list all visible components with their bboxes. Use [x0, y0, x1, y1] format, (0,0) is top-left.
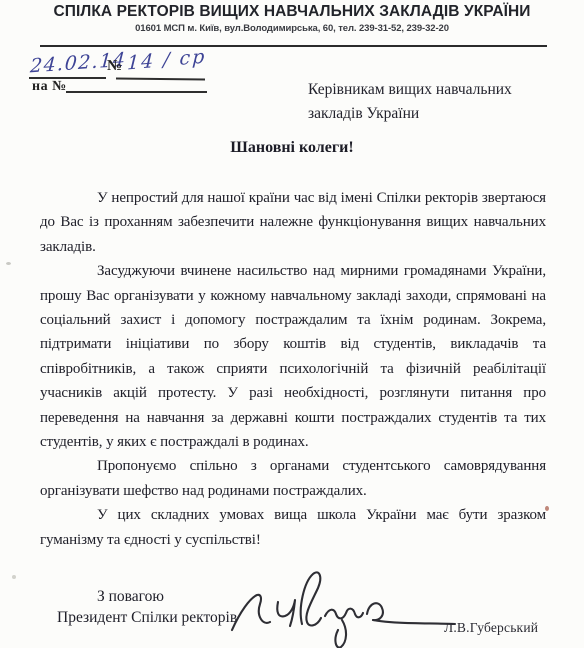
signer-name: Л.В.Губерський [444, 620, 538, 636]
recipient-line2: закладів України [308, 102, 548, 126]
recipient-line1: Керівникам вищих навчальних [308, 78, 548, 102]
recipient-block: Керівникам вищих навчальних закладів Укр… [308, 78, 548, 126]
letter-body: У непростий для нашої країни час від іме… [40, 186, 546, 552]
handwritten-signature [230, 568, 465, 648]
body-paragraph-1: У непростий для нашої країни час від іме… [40, 186, 546, 259]
closing-phrase: З повагою [97, 588, 164, 606]
body-paragraph-4: У цих складних умовах вища школа України… [40, 503, 546, 552]
salutation: Шановні колеги! [0, 139, 584, 157]
body-paragraph-2: Засуджуючи вчинене насильство над мирним… [40, 259, 546, 454]
org-address: 01601 МСП м. Київ, вул.Володимирська, 60… [0, 23, 584, 34]
incoming-ref-label: на № [32, 79, 67, 95]
org-name: СПІЛКА РЕКТОРІВ ВИЩИХ НАВЧАЛЬНИХ ЗАКЛАДІ… [0, 3, 584, 21]
scan-speck [12, 575, 16, 579]
letterhead-divider [40, 45, 547, 47]
ref-number-underline [116, 78, 205, 80]
scanned-letter-page: СПІЛКА РЕКТОРІВ ВИЩИХ НАВЧАЛЬНИХ ЗАКЛАДІ… [0, 0, 584, 648]
signer-title: Президент Спілки ректорів [57, 609, 237, 627]
handwritten-ref-number: 14 / ср [127, 45, 207, 74]
number-sign-label: № [107, 58, 122, 75]
scan-speck [545, 506, 549, 511]
incoming-ref-underline [66, 91, 207, 93]
scan-speck [6, 262, 11, 265]
body-paragraph-3: Пропонуємо спільно з органами студентськ… [40, 454, 546, 503]
